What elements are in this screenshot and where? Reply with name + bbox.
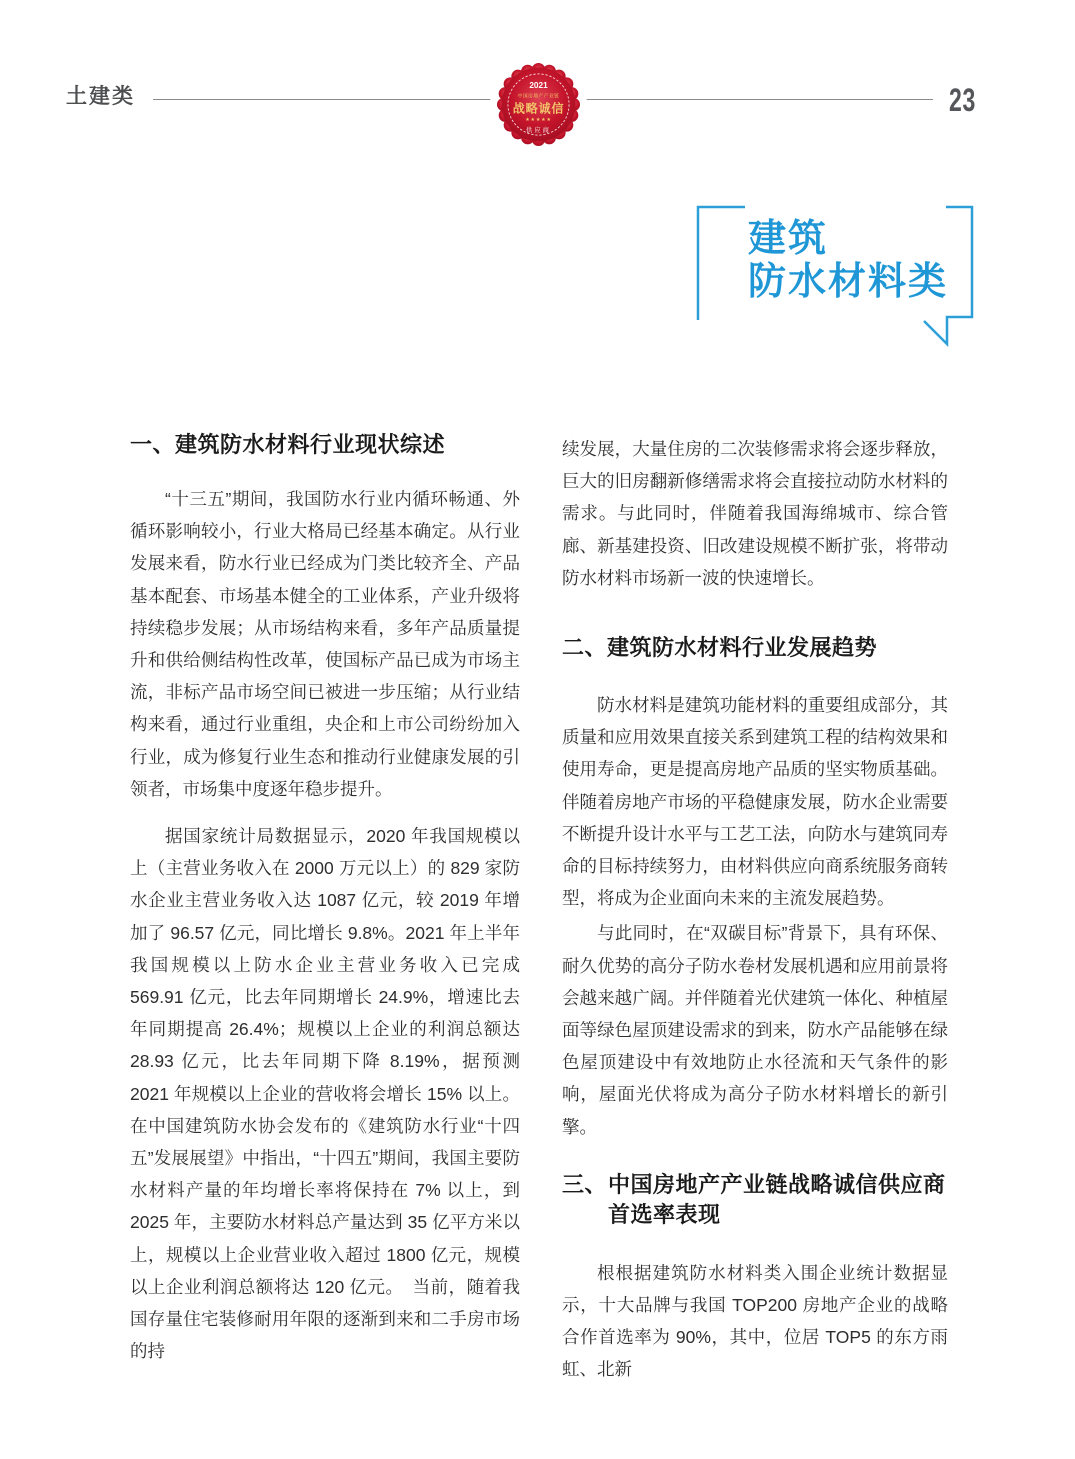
- seal-year: 2021: [529, 81, 548, 90]
- section-heading-1: 一、建筑防水材料行业现状综述: [130, 430, 520, 460]
- section-heading-3-text: 中国房地产产业链战略诚信供应商 首选率表现: [608, 1170, 946, 1230]
- paragraph-industry-overview-1: “十三五”期间，我国防水行业内循环畅通、外循环影响较小，行业大格局已经基本确定。…: [130, 483, 520, 805]
- paragraph-trend-2: 与此同时，在“双碳目标”背景下，具有环保、耐久优势的高分子防水卷材发展机遇和应用…: [562, 917, 948, 1142]
- chapter-title: 建筑 防水材料类: [748, 218, 948, 304]
- section-heading-3-line2: 首选率表现: [608, 1200, 946, 1230]
- section-heading-2: 二、建筑防水材料行业发展趋势: [562, 633, 948, 663]
- strategic-integrity-seal-icon: 2021 中国房地产产业链 战略诚信 ★★★★★ 供应商: [490, 56, 587, 153]
- section-heading-3: 三、 中国房地产产业链战略诚信供应商 首选率表现: [562, 1170, 948, 1230]
- section-heading-3-marker: 三、: [562, 1170, 608, 1230]
- right-column: 续发展，大量住房的二次装修需求将会逐步释放，巨大的旧房翻新修缮需求将会直接拉动防…: [562, 430, 948, 1386]
- page-number: 23: [949, 82, 976, 119]
- seal-stars: ★★★★★: [525, 117, 552, 123]
- chapter-title-line1: 建筑: [748, 218, 948, 261]
- section-heading-3-line1: 中国房地产产业链战略诚信供应商: [608, 1170, 946, 1200]
- seal-bottom-text: 供应商: [526, 125, 551, 134]
- paragraph-preference-rate: 根根据建筑防水材料类入围企业统计数据显示，十大品牌与我国 TOP200 房地产企…: [562, 1257, 948, 1386]
- seal-svg: 2021 中国房地产产业链 战略诚信 ★★★★★ 供应商: [490, 56, 587, 153]
- seal-arc-text: 中国房地产产业链: [518, 93, 560, 100]
- paragraph-industry-overview-2: 据国家统计局数据显示，2020 年我国规模以上（主营业务收入在 2000 万元以…: [130, 820, 520, 1367]
- left-column: 一、建筑防水材料行业现状综述 “十三五”期间，我国防水行业内循环畅通、外循环影响…: [130, 430, 520, 1367]
- chapter-title-block: 建筑 防水材料类: [690, 195, 990, 365]
- paragraph-trend-1: 防水材料是建筑功能材料的重要组成部分，其质量和应用效果直接关系到建筑工程的结构效…: [562, 689, 948, 914]
- paragraph-continuation: 续发展，大量住房的二次装修需求将会逐步释放，巨大的旧房翻新修缮需求将会直接拉动防…: [562, 433, 948, 594]
- seal-main-text: 战略诚信: [513, 101, 565, 116]
- chapter-title-line2: 防水材料类: [748, 261, 948, 304]
- category-label: 土建类: [66, 80, 135, 110]
- document-page: 土建类 23 2021 中国房地产产业链 战略诚信 ★★★★★ 供应商: [0, 0, 1075, 1459]
